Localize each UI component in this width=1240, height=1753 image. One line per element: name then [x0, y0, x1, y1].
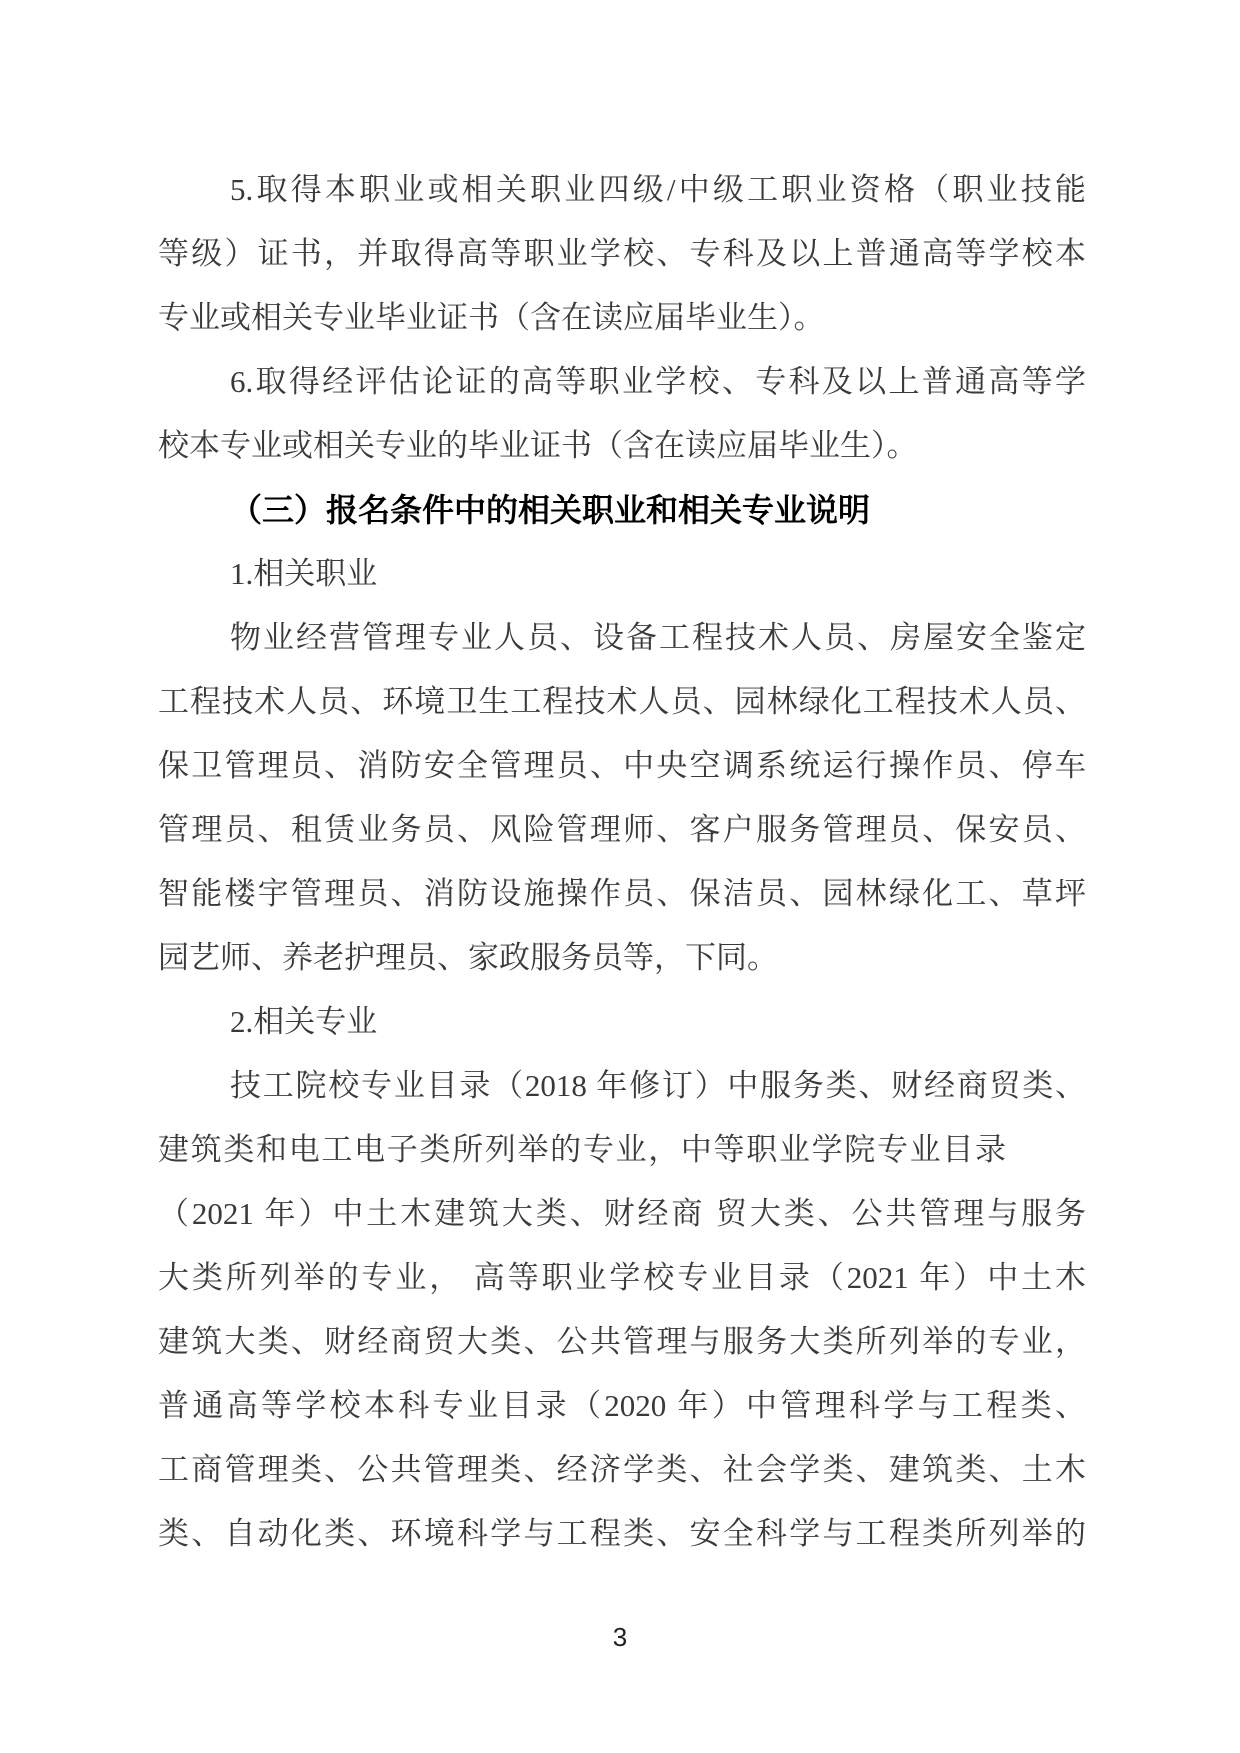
text-line: 专业或相关专业毕业证书（含在读应届毕业生）。	[158, 286, 1086, 350]
text-line: 管理员、租赁业务员、风险管理师、客户服务管理员、保安员、	[158, 798, 1086, 862]
text-line: 工商管理类、公共管理类、经济学类、社会学类、建筑类、土木	[158, 1438, 1086, 1502]
text-line: 园艺师、养老护理员、家政服务员等，下同。	[158, 926, 1086, 990]
text-line: 大类所列举的专业， 高等职业学校专业目录（2021 年）中土木	[158, 1246, 1086, 1310]
text-line: 6.取得经评估论证的高等职业学校、专科及以上普通高等学	[158, 350, 1086, 414]
text-line: 等级）证书，并取得高等职业学校、专科及以上普通高等学校本	[158, 222, 1086, 286]
text-line: 技工院校专业目录（2018 年修订）中服务类、财经商贸类、	[158, 1054, 1086, 1118]
text-line: 普通高等学校本科专业目录（2020 年）中管理科学与工程类、	[158, 1374, 1086, 1438]
page-number: 3	[613, 1622, 627, 1652]
text-line: 保卫管理员、消防安全管理员、中央空调系统运行操作员、停车	[158, 734, 1086, 798]
text-line: 2.相关专业	[158, 990, 1086, 1054]
document-page: 5.取得本职业或相关职业四级/中级工职业资格（职业技能等级）证书，并取得高等职业…	[0, 0, 1240, 1753]
text-line: 校本专业或相关专业的毕业证书（含在读应届毕业生）。	[158, 414, 1086, 478]
text-line: 智能楼宇管理员、消防设施操作员、保洁员、园林绿化工、草坪	[158, 862, 1086, 926]
text-line: 5.取得本职业或相关职业四级/中级工职业资格（职业技能	[158, 158, 1086, 222]
text-line: 1.相关职业	[158, 542, 1086, 606]
document-body: 5.取得本职业或相关职业四级/中级工职业资格（职业技能等级）证书，并取得高等职业…	[158, 158, 1086, 1566]
text-line: 物业经营管理专业人员、设备工程技术人员、房屋安全鉴定	[158, 606, 1086, 670]
text-line: 工程技术人员、环境卫生工程技术人员、园林绿化工程技术人员、	[158, 670, 1086, 734]
text-line: 建筑类和电工电子类所列举的专业，中等职业学院专业目录	[158, 1118, 1086, 1182]
section-heading: （三）报名条件中的相关职业和相关专业说明	[158, 478, 1086, 542]
text-line: （2021 年）中土木建筑大类、财经商 贸大类、公共管理与服务	[158, 1182, 1086, 1246]
text-line: 类、自动化类、环境科学与工程类、安全科学与工程类所列举的	[158, 1502, 1086, 1566]
page-footer: 3	[0, 1622, 1240, 1653]
text-line: 建筑大类、财经商贸大类、公共管理与服务大类所列举的专业，	[158, 1310, 1086, 1374]
